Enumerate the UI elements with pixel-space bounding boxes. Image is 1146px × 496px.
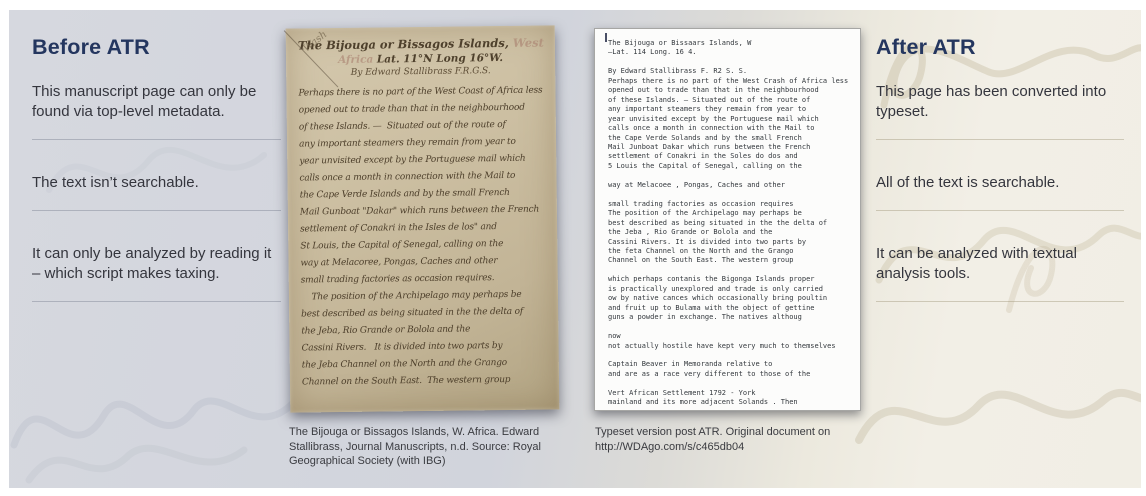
point-text: All of the text is searchable. xyxy=(876,173,1124,193)
typeset-caption: Typeset version post ATR. Original docum… xyxy=(595,425,861,454)
divider xyxy=(876,139,1124,140)
manuscript-title-main: The Bijouga or Bissagos Islands, xyxy=(298,36,509,53)
manuscript-title: The Bijouga or Bissagos Islands, West xyxy=(298,36,543,54)
before-heading: Before ATR xyxy=(32,35,281,60)
divider xyxy=(876,301,1124,302)
after-point: All of the text is searchable. xyxy=(876,173,1124,211)
text-cursor-artifact xyxy=(605,33,607,42)
before-point: The text isn’t searchable. xyxy=(32,173,281,211)
manuscript-caption: The Bijouga or Bissagos Islands, W. Afri… xyxy=(289,425,546,469)
manuscript-line: best described as being situated in the … xyxy=(301,303,546,323)
manuscript-latlong-main: Lat. 11°N Long 16°W. xyxy=(377,52,503,66)
before-point: This manuscript page can only be found v… xyxy=(32,82,281,140)
after-heading: After ATR xyxy=(876,35,1124,60)
manuscript-line: opened out to trade than that in the nei… xyxy=(299,100,544,120)
point-text: This page has been converted into typese… xyxy=(876,82,1124,122)
manuscript-title-faded: West xyxy=(509,36,544,50)
manuscript-line: Channel on the South East. The western g… xyxy=(302,371,547,391)
manuscript-africa-faded: Africa xyxy=(338,54,377,66)
point-text: It can be analyzed with textual analysis… xyxy=(876,244,1124,284)
manuscript-line: Mail Gunboat "Dakar" which runs between … xyxy=(300,202,545,222)
handwriting-watermark xyxy=(849,340,1141,488)
typeset-page: The Bijouga or Bissaars Islands, W —Lat.… xyxy=(594,28,861,411)
divider xyxy=(32,139,281,140)
before-panel: Before ATR This manuscript page can only… xyxy=(32,35,281,335)
divider xyxy=(32,301,281,302)
after-points: This page has been converted into typese… xyxy=(876,82,1124,302)
after-point: It can be analyzed with textual analysis… xyxy=(876,244,1124,302)
point-text: This manuscript page can only be found v… xyxy=(32,82,281,122)
manuscript-image: Wash The Bijouga or Bissagos Islands, We… xyxy=(286,25,560,412)
before-point: It can only be analyzed by reading it – … xyxy=(32,244,281,302)
divider xyxy=(876,210,1124,211)
after-point: This page has been converted into typese… xyxy=(876,82,1124,140)
page-background: Before ATR This manuscript page can only… xyxy=(9,10,1141,488)
before-points: This manuscript page can only be found v… xyxy=(32,82,281,302)
after-panel: After ATR This page has been converted i… xyxy=(876,35,1124,335)
manuscript-body: Perhaps there is no part of the West Coa… xyxy=(298,83,547,392)
typeset-text: The Bijouga or Bissaars Islands, W —Lat.… xyxy=(608,39,856,408)
divider xyxy=(32,210,281,211)
point-text: It can only be analyzed by reading it – … xyxy=(32,244,281,284)
manuscript-byline: By Edward Stallibrass F.R.G.S. xyxy=(298,65,543,81)
point-text: The text isn’t searchable. xyxy=(32,173,281,193)
handwriting-watermark xyxy=(9,360,309,488)
